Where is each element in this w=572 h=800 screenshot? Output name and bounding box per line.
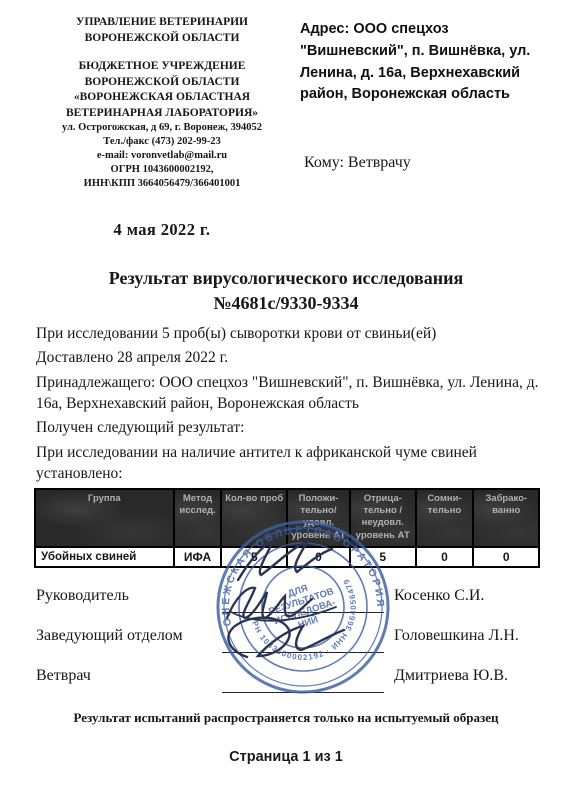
page-number: Страница 1 из 1: [0, 749, 572, 765]
org-email: e-mail: voronvetlab@mail.ru: [34, 149, 290, 163]
recipient-address-line: Адрес: ООО спецхоз: [300, 19, 552, 41]
paragraph-owner: Принадлежащего: ООО спецхоз "Вишневский"…: [36, 372, 546, 415]
recipient-address-line: "Вишневский", п. Вишнёвка, ул.: [300, 41, 552, 63]
sender-block: УПРАВЛЕНИЕ ВЕТЕРИНАРИИ ВОРОНЕЖСКОЙ ОБЛАС…: [34, 15, 290, 240]
recipient-name: Кому: Ветврачу: [300, 154, 552, 172]
table-row: Убойных свиней ИФА 5 0 5 0 0: [35, 547, 539, 567]
org-name-line: БЮДЖЕТНОЕ УЧРЕЖДЕНИЕ: [34, 59, 290, 75]
org-street-address: ул. Острогожская, д 69, г. Воронеж, 3940…: [34, 121, 290, 135]
cell-doubtful: 0: [416, 547, 474, 567]
col-header-rejected: Забрако-ванно: [473, 489, 539, 547]
signature-row-department-head: Заведующий отделом Головешкина Л.Н.: [36, 618, 546, 658]
cell-rejected: 0: [473, 547, 539, 567]
col-header-positive: Положи-тельно/ удовл. уровень АТ: [287, 489, 350, 547]
document-page: УПРАВЛЕНИЕ ВЕТЕРИНАРИИ ВОРОНЕЖСКОЙ ОБЛАС…: [0, 0, 572, 800]
signature-name: Дмитриева Ю.В.: [394, 658, 546, 698]
col-header-count: Кол-во проб: [221, 489, 287, 547]
signature-name: Головешкина Л.Н.: [394, 618, 546, 658]
signature-line: [222, 578, 384, 613]
org-authority-line: УПРАВЛЕНИЕ ВЕТЕРИНАРИИ: [34, 15, 290, 31]
document-title-line1: Результат вирусологического исследования: [0, 266, 572, 290]
paragraph-samples: При исследовании 5 проб(ы) сыворотки кро…: [36, 323, 546, 344]
recipient-address-line: Ленина, д. 16а, Верхнехавский: [300, 63, 552, 85]
col-header-negative: Отрица-тельно / неудовл. уровень АТ: [350, 489, 416, 547]
col-header-group: Группа: [35, 489, 174, 547]
paragraph-test-subject: При исследовании на наличие антител к аф…: [36, 442, 546, 485]
document-title: Результат вирусологического исследования…: [0, 266, 572, 315]
document-body: При исследовании 5 проб(ы) сыворотки кро…: [36, 323, 546, 485]
signature-role: Заведующий отделом: [36, 618, 208, 658]
document-header: УПРАВЛЕНИЕ ВЕТЕРИНАРИИ ВОРОНЕЖСКОЙ ОБЛАС…: [0, 0, 572, 240]
disclaimer-text: Результат испытаний распространяется тол…: [0, 710, 572, 726]
results-table: Группа Метод исслед. Кол-во проб Положи-…: [34, 488, 540, 568]
org-phone: Тел./факс (473) 202-99-23: [34, 135, 290, 149]
org-inn-kpp: ИНН\КПП 3664056479/366401001: [34, 177, 290, 191]
cell-group: Убойных свиней: [35, 547, 174, 567]
signature-line: [222, 658, 384, 693]
org-ogrn: ОГРН 1043600002192,: [34, 163, 290, 177]
signature-row-director: Руководитель Косенко С.И.: [36, 578, 546, 618]
col-header-doubtful: Сомни-тельно: [416, 489, 474, 547]
document-date: 4 мая 2022 г.: [34, 220, 290, 240]
cell-positive: 0: [287, 547, 350, 567]
recipient-block: Адрес: ООО спецхоз "Вишневский", п. Вишн…: [300, 15, 552, 240]
signature-row-veterinarian: Ветврач Дмитриева Ю.В.: [36, 658, 546, 698]
signature-name: Косенко С.И.: [394, 578, 546, 618]
results-table-header-row: Группа Метод исслед. Кол-во проб Положи-…: [35, 489, 539, 547]
signatures-section: Руководитель Косенко С.И. Заведующий отд…: [0, 578, 572, 698]
org-name-line: ВОРОНЕЖСКОЙ ОБЛАСТИ: [34, 75, 290, 91]
paragraph-delivered: Доставлено 28 апреля 2022 г.: [36, 347, 546, 368]
cell-count: 5: [221, 547, 287, 567]
document-number: №4681с/9330-9334: [0, 291, 572, 315]
cell-method: ИФА: [174, 547, 222, 567]
paragraph-result-intro: Получен следующий результат:: [36, 417, 546, 438]
org-authority-line: ВОРОНЕЖСКОЙ ОБЛАСТИ: [34, 31, 290, 47]
col-header-method: Метод исслед.: [174, 489, 222, 547]
signature-role: Ветврач: [36, 658, 208, 698]
recipient-address-line: район, Воронежская область: [300, 84, 552, 106]
signature-line: [222, 618, 384, 653]
org-name-line: «ВОРОНЕЖСКАЯ ОБЛАСТНАЯ: [34, 90, 290, 106]
cell-negative: 5: [350, 547, 416, 567]
signature-role: Руководитель: [36, 578, 208, 618]
org-name-line: ВЕТЕРИНАРНАЯ ЛАБОРАТОРИЯ»: [34, 106, 290, 122]
